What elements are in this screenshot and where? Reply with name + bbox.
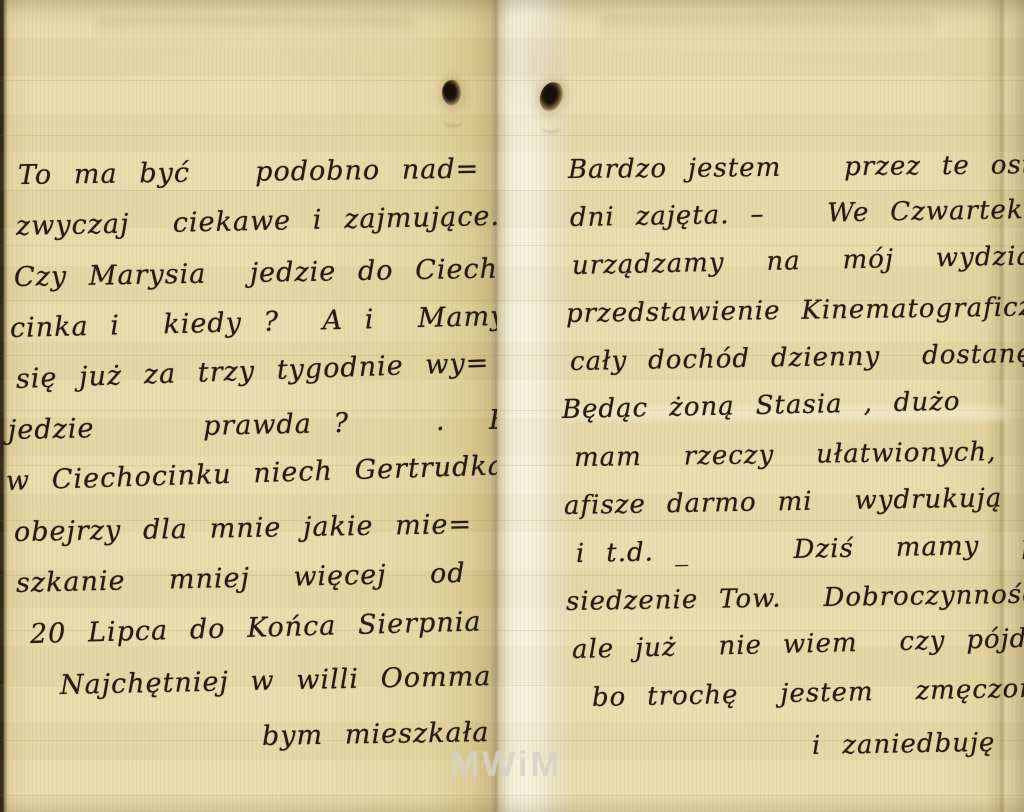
burn-mark-icon (440, 78, 465, 108)
embossed-stamp-right (600, 14, 935, 50)
handwritten-line: afisze darmo mi wydrukują (564, 474, 1024, 530)
handwritten-line: i zaniedbuję (812, 718, 1024, 770)
handwritten-line: urządzamy na mój wydział (571, 233, 1024, 290)
punch-hole-left (442, 80, 463, 127)
embossed-ring (541, 120, 561, 133)
handwritten-line: i t.d. _ Dziś mamy po= (576, 521, 1024, 578)
embossed-stamp-left (95, 16, 415, 48)
left-page-text: To ma być podobno nad= zwyczaj ciekawe i… (0, 150, 497, 790)
right-page-text: Bardzo jestem przez te ostatnie dni zaję… (560, 146, 1024, 796)
handwritten-line: bym mieszkała (262, 707, 497, 762)
handwritten-line: mam rzeczy ułatwionych, (574, 428, 1024, 482)
handwritten-line: bo trochę jestem zmęczona (591, 665, 1024, 722)
handwritten-line: Będąc żoną Stasia , dużo (561, 376, 1024, 434)
letter-scan: To ma być podobno nad= zwyczaj ciekawe i… (0, 0, 1024, 812)
paper-stain (500, 20, 570, 130)
handwritten-line: Najchętniej w willi Oomma (59, 651, 497, 711)
embossed-ring (443, 114, 463, 127)
handwritten-line: zwyczaj ciekawe i zajmujące. (15, 191, 497, 252)
burn-mark-icon (538, 81, 565, 114)
punch-hole-right (540, 82, 563, 133)
handwritten-line: ale już nie wiem czy pójdę (571, 615, 1024, 674)
handwritten-line: przedstawienie Kinematograficzne (566, 284, 1024, 338)
